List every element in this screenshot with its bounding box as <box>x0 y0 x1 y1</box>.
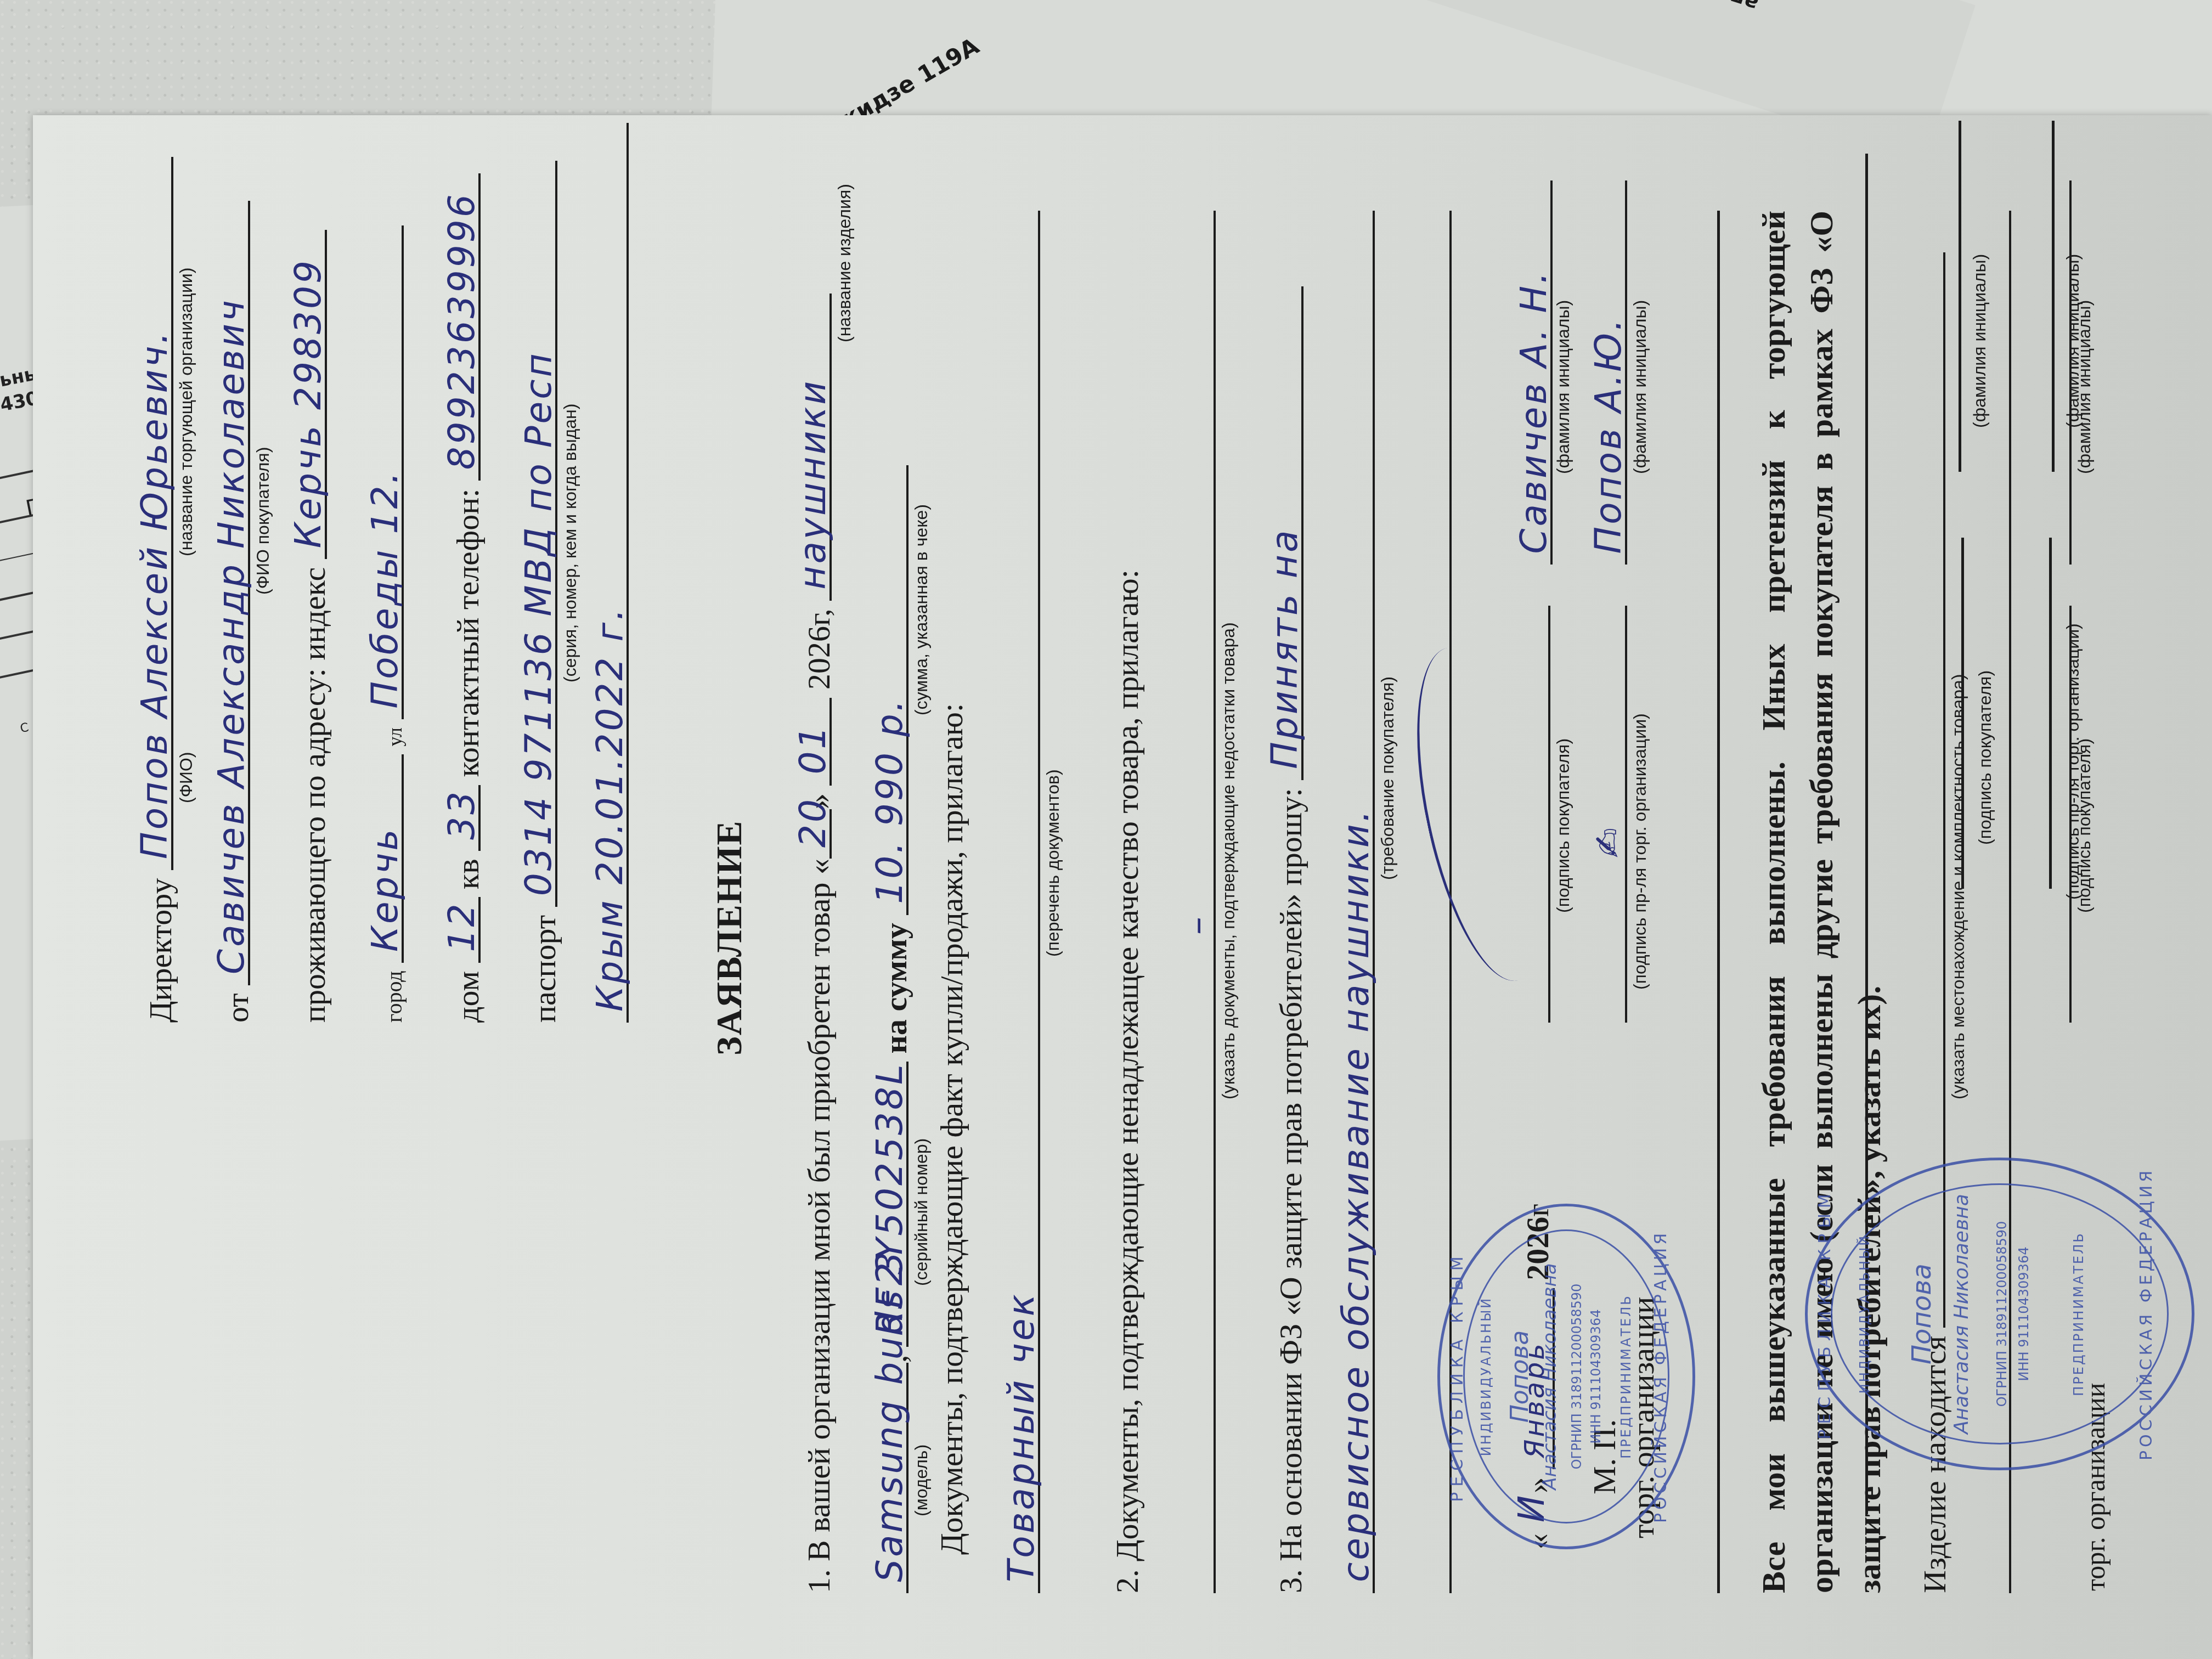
stamp-outer-top: РЕСПУБЛИКА КРЫМ <box>1815 1160 1835 1468</box>
phone-value: 89923639996 <box>441 192 483 481</box>
year-value: 2026 <box>801 626 837 690</box>
section3-row: 3. На основании ФЗ «О защите прав потреб… <box>1267 286 1310 1593</box>
director-caption-fio: (ФИО) <box>176 752 196 803</box>
apt-label: кв <box>450 859 486 889</box>
model-caption: (модель) <box>911 1444 932 1516</box>
section2-caption: (указать документы, подтверждающие недос… <box>1218 622 1239 1099</box>
passport-label: паспорт <box>527 915 562 1023</box>
section1-text: 1. В вашей организации мной был приобрет… <box>801 859 837 1593</box>
passport-caption: (серия, номер, кем и когда выдан) <box>560 404 580 682</box>
buyer-signature-caption: (подпись покупателя) <box>1553 738 1573 913</box>
passport-value-2: Крым 20.01.2022 г. <box>589 607 631 1023</box>
rep-signature-mark: ✍ <box>1587 826 1629 1023</box>
house-row: дом 12 кв 33 контактный телефон: 8992363… <box>444 173 487 1023</box>
docs-row: Товарный чек (перечень документов) <box>1004 211 1047 1593</box>
stamp-surname: Попова <box>1506 1206 1535 1547</box>
passport-row: паспорт 0314 971136 МВД по Респ (серия, … <box>521 161 564 1023</box>
section2-field: – <box>1180 211 1216 1593</box>
director-value: Попов Алексей Юрьевич. <box>133 330 176 870</box>
rep-caption-lower: (подпись пр-ля торг. организации) <box>2063 560 2085 900</box>
street-field: Победы 12. <box>368 226 404 720</box>
house-label: дом <box>450 971 486 1023</box>
stamp-ogrnip: ОГРНИП 318911200058590 <box>1569 1206 1585 1547</box>
street-value: Победы 12. <box>364 470 406 719</box>
index-field: Керчь 298309 <box>291 230 327 559</box>
address-row: проживающего по адресу: индекс Керчь 298… <box>291 230 334 1023</box>
rep-name: Попов А.Ю. <box>1587 317 1629 565</box>
stamp-outer-bottom: РОССИЙСКАЯ ФЕДЕРАЦИЯ <box>2137 1160 2156 1468</box>
director-label: Директору <box>143 878 178 1023</box>
claim-form-sheet: Директору Попов Алексей Юрьевич. (ФИО) (… <box>33 115 2212 1659</box>
stamp-inn: ИНН 911104309364 <box>1588 1206 1604 1547</box>
stamp-name: Анастасия Николаевна <box>1950 1160 1973 1468</box>
lower-section: (фамилия инициалы) (подпись покупателя) … <box>1821 121 2205 1657</box>
model-row: Samsung buds 3, RF2Y502538L на сумму 10.… <box>872 465 915 1593</box>
sum-caption: (сумма, указанная в чеке) <box>911 504 932 715</box>
apt-field: 33 <box>444 785 481 851</box>
serial-value: RF2Y502538L <box>868 1062 911 1347</box>
docs-field: Товарный чек <box>1004 211 1040 1593</box>
company-stamp-2: РЕСПУБЛИКА КРЫМ ИНДИВИДУАЛЬНЫЙ Попова Ан… <box>1805 1158 2194 1470</box>
rep-signature-caption: (подпись пр-ля торг. организации) <box>1629 713 1650 990</box>
stamp-inner-top: ИНДИВИДУАЛЬНЫЙ <box>1479 1206 1494 1547</box>
year-suffix: г, <box>801 608 837 626</box>
docs-label: Документы, подтверждающие факт купли/про… <box>933 703 971 1555</box>
from-label: от <box>219 993 255 1023</box>
section3-value-2: сервисное обслуживание наушники. <box>1335 808 1377 1593</box>
month-value: 01 <box>792 724 834 786</box>
section3-caption: (требование покупателя) <box>1377 676 1398 880</box>
section3-row-2: сервисное обслуживание наушники. (требов… <box>1339 211 1381 1593</box>
section3-text: 3. На основании ФЗ «О защите прав потреб… <box>1273 788 1308 1593</box>
address-label: проживающего по адресу: индекс <box>296 567 332 1023</box>
phone-label: контактный телефон: <box>450 489 486 777</box>
buyer-name: Савичев А. Н. <box>1513 270 1555 565</box>
stamp-inner-bottom: ПРЕДПРИНИМАТЕЛЬ <box>2071 1160 2086 1468</box>
name-caption-lower: (фамилия инициалы) <box>1970 154 1991 428</box>
stamp-outer-top: РЕСПУБЛИКА КРЫМ <box>1448 1206 1468 1547</box>
passport-field: 0314 971136 МВД по Респ <box>521 161 557 907</box>
item-field: наушники <box>795 294 832 601</box>
director-row: Директору Попов Алексей Юрьевич. (ФИО) (… <box>137 157 180 1023</box>
house-value: 12 <box>441 901 483 963</box>
month-field: 01 <box>795 698 832 786</box>
model-field: Samsung buds 3 <box>872 1363 909 1593</box>
apt-value: 33 <box>441 789 483 851</box>
city-label: город <box>382 970 407 1023</box>
divider <box>1717 211 1720 1593</box>
stamp-inner-top: ИНДИВИДУАЛЬНЫЙ <box>1857 1160 1872 1468</box>
sum-value: 10. 990 р. <box>868 698 911 915</box>
stamp-inner-bottom: ПРЕДПРИНИМАТЕЛЬ <box>1618 1206 1634 1547</box>
stamp-outer-bottom: РОССИЙСКАЯ ФЕДЕРАЦИЯ <box>1651 1206 1671 1547</box>
sum-label: на сумму <box>878 923 913 1053</box>
rep-name-line-2 <box>2052 121 2055 472</box>
passport-field-2: Крым 20.01.2022 г. <box>592 123 629 1023</box>
buyer-caption-lower: (подпись покупателя) <box>1975 571 1997 845</box>
buyer-signature-line-2 <box>1961 538 1964 889</box>
street-label: ул <box>384 727 406 746</box>
section2-value: – <box>1176 915 1218 1593</box>
stamp-name: Анастасия Николаевна <box>1539 1206 1561 1547</box>
rep-signature-field: ✍ <box>1591 606 1627 1023</box>
docs-caption: (перечень документов) <box>1042 769 1063 957</box>
buyer-name-caption: (фамилия инициалы) <box>1553 300 1573 474</box>
stamp-ogrnip: ОГРНИП 318911200058590 <box>1994 1160 2010 1468</box>
from-caption: (ФИО покупателя) <box>252 447 273 595</box>
item-caption: (название изделия) <box>834 184 855 342</box>
rep-name-field: Попов А.Ю. <box>1591 181 1627 565</box>
rep-signature-row: ✍ (подпись пр-ля торг. организации) Попо… <box>1591 181 1634 1023</box>
passport-row-2: Крым 20.01.2022 г. <box>592 123 635 1023</box>
section1-row: 1. В вашей организации мной был приобрет… <box>795 294 838 1593</box>
section2-row: – (указать документы, подтверждающие нед… <box>1180 211 1222 1593</box>
docs-value: Товарный чек <box>1000 1292 1042 1593</box>
buyer-name-field: Савичев А. Н. <box>1516 181 1553 565</box>
rep-name-caption: (фамилия инициалы) <box>1629 300 1650 474</box>
document-title: ЗАЯВЛЕНИЕ <box>708 820 751 1056</box>
serial-caption: (серийный номер) <box>911 1138 932 1286</box>
background-text: апорожской облас <box>1539 0 1761 16</box>
section3-field: Принять на <box>1267 286 1304 780</box>
from-row: от Савичев Александр Николаевич (ФИО пок… <box>214 201 257 1023</box>
index-value: Керчь 298309 <box>287 258 329 559</box>
claim-form-page: Директору Попов Алексей Юрьевич. (ФИО) (… <box>33 145 2063 1659</box>
director-caption-org: (название торгующей организации) <box>176 268 196 556</box>
city-row: город Керчь ул Победы 12. <box>368 226 410 1023</box>
house-field: 12 <box>444 897 481 963</box>
rep-name-caption-lower: (фамилия инициалы) <box>2063 154 2085 428</box>
from-value: Савичев Александр Николаевич <box>210 298 252 985</box>
day-field: 20 <box>795 809 832 859</box>
passport-value: 0314 971136 МВД по Респ <box>517 351 560 907</box>
day-value: 20 <box>792 797 834 859</box>
stamp-inn: ИНН 911104309364 <box>2016 1160 2032 1468</box>
sum-field: 10. 990 р. <box>872 465 909 915</box>
company-stamp: РЕСПУБЛИКА КРЫМ ИНДИВИДУАЛЬНЫЙ Попова Ан… <box>1437 1204 1695 1549</box>
director-field: Попов Алексей Юрьевич. <box>137 157 173 870</box>
buyer-name-line-2 <box>1959 121 1961 472</box>
item-value: наушники <box>792 379 834 601</box>
phone-field: 89923639996 <box>444 173 481 481</box>
stamp-surname: Попова <box>1906 1160 1937 1468</box>
section3-field-2: сервисное обслуживание наушники. <box>1339 211 1375 1593</box>
rep-signature-line-2 <box>2049 538 2052 889</box>
section2-text: 2. Документы, подтверждающие ненадлежаще… <box>1108 569 1147 1593</box>
city-value: Керчь <box>364 827 406 963</box>
from-field: Савичев Александр Николаевич <box>214 201 250 985</box>
city-field: Керчь <box>368 754 404 963</box>
section3-value: Принять на <box>1263 528 1306 780</box>
serial-field: RF2Y502538L <box>872 1062 909 1347</box>
